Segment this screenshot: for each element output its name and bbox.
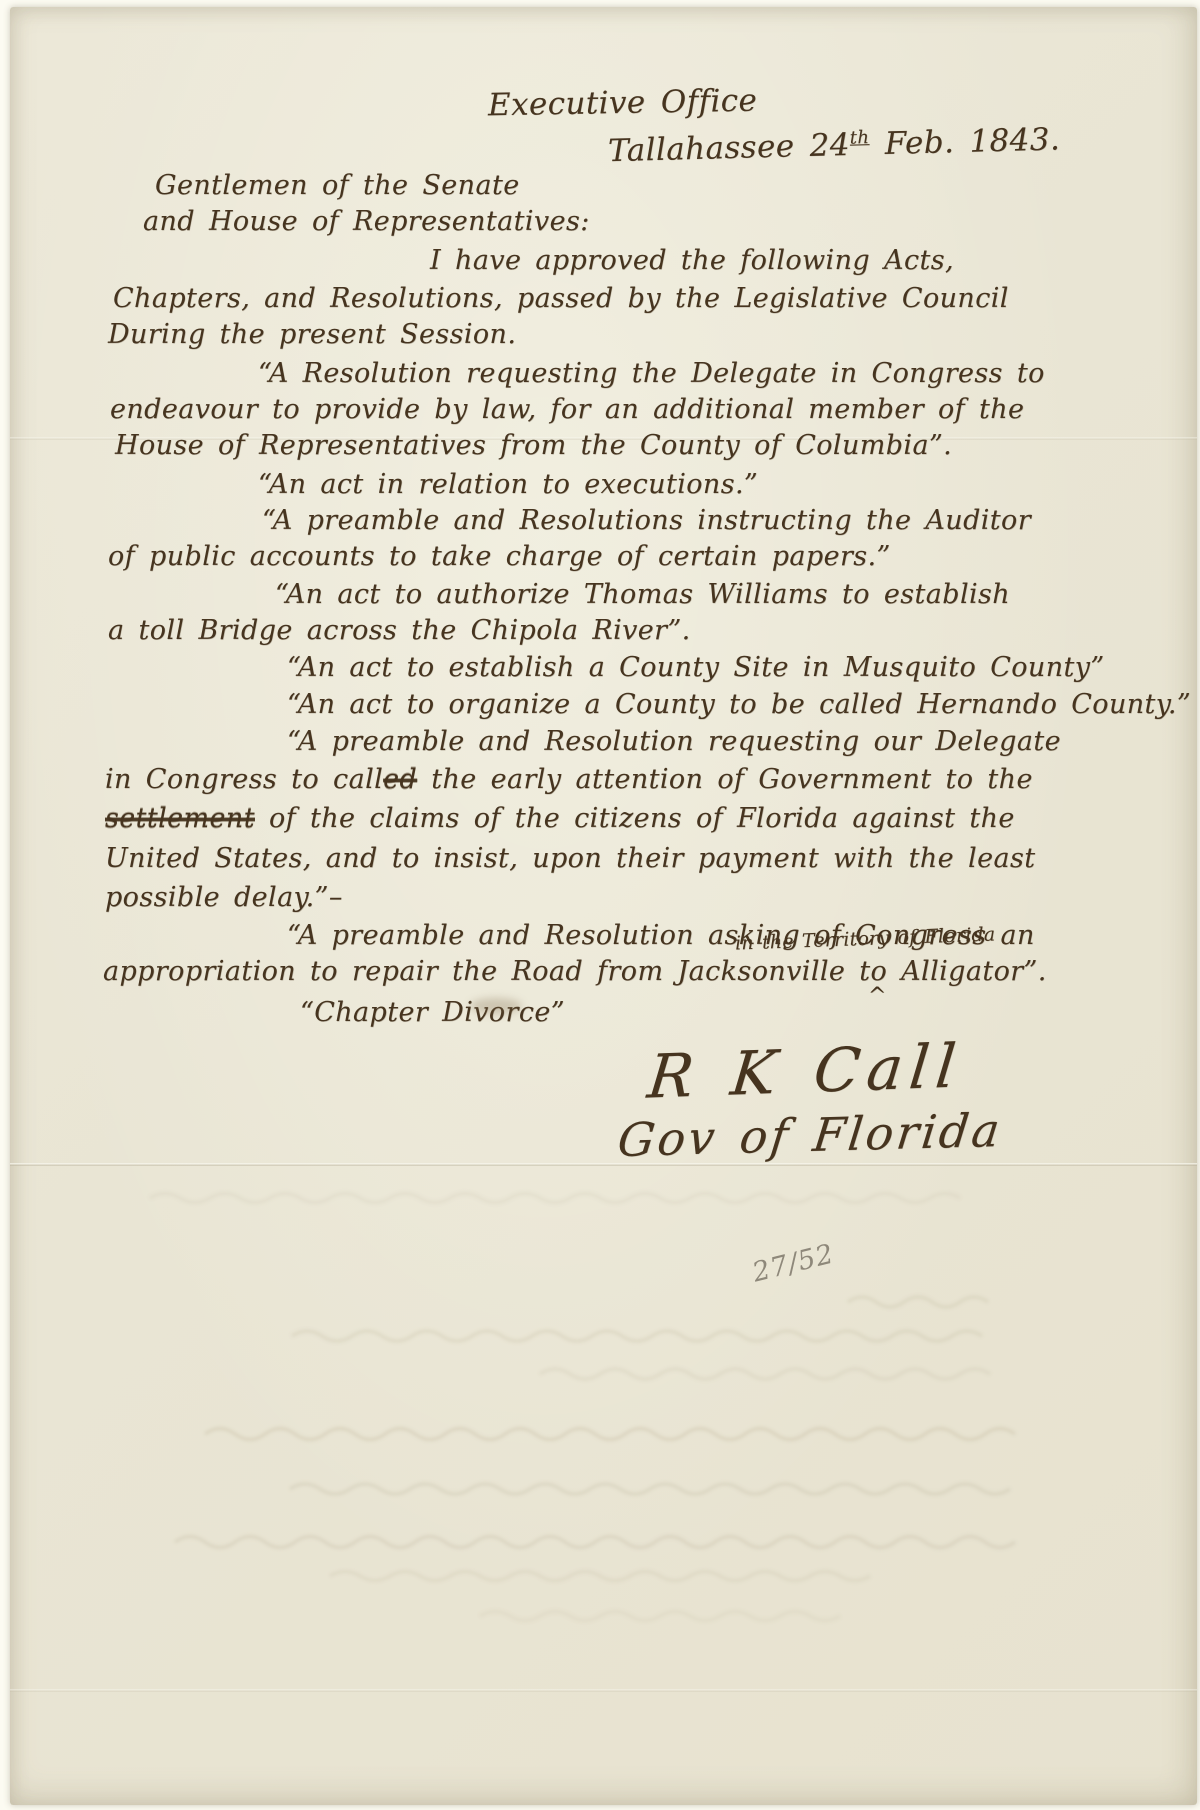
act-road-line-2: appropriation to repair the Road from Ja… [103,958,1047,985]
act-claims-line-1: “A preamble and Resolution requesting ou… [287,728,1061,755]
insertion-caret: ^ [868,986,887,1008]
act-auditor-line-1: “A preamble and Resolutions instructing … [262,507,1031,534]
act-claims-settlement-struck: settlement [105,803,255,834]
scanned-letter-page: Executive Office Tallahassee 24th Feb. 1… [0,0,1200,1810]
act-claims-line-4: United States, and to insist, upon their… [105,845,1035,872]
act-toll-bridge-line-1: “An act to authorize Thomas Williams to … [275,581,1010,608]
act-columbia-line-1: “A Resolution requesting the Delegate in… [258,360,1045,387]
ink-smudge [470,998,522,1014]
dateline-place-day: Tallahassee 24 [608,127,851,169]
act-claims-line-2-struck: ed [383,764,417,795]
heading-office: Executive Office [488,86,758,122]
signature-title: Gov of Florida [615,1107,1004,1163]
opening-line-2: Chapters, and Resolutions, passed by the… [113,285,1009,312]
act-road-line-2-end: Alligator”. [901,956,1047,987]
act-musquito-line-1: “An act to establish a County Site in Mu… [287,654,1105,681]
act-road-line-2-pre: appropriation to repair the Road from Ja… [103,956,901,987]
act-hernando-line-1: “An act to organize a County to be calle… [287,691,1191,718]
dateline-ordinal: th [849,127,869,149]
chapter-divorce-line: “Chapter Divorce” [300,999,565,1026]
act-toll-bridge-line-2: a toll Bridge across the Chipola River”. [108,617,691,644]
act-claims-line-2: in Congress to called the early attentio… [105,766,1033,793]
act-claims-line-3: settlement of the claims of the citizens… [105,805,1015,832]
act-claims-line-3-post: of the claims of the citizens of Florida… [255,803,1015,834]
opening-line-1: I have approved the following Acts, [430,247,954,274]
salutation-line-2: and House of Representatives: [143,208,590,235]
salutation-line-1: Gentlemen of the Senate [155,172,520,199]
act-columbia-line-2: endeavour to provide by law, for an addi… [110,396,1024,423]
opening-line-3: During the present Session. [108,321,516,348]
signature-name: R K Call [645,1036,965,1107]
act-claims-line-5: possible delay.”– [105,884,343,911]
fold-crease-middle [10,1163,1197,1166]
act-claims-line-2-post: the early attention of Government to the [417,764,1033,795]
fold-crease-bottom [10,1689,1197,1692]
act-executions-line-1: “An act in relation to executions.” [258,471,758,498]
act-auditor-line-2: of public accounts to take charge of cer… [108,543,891,570]
act-columbia-line-3: House of Representatives from the County… [115,432,952,459]
act-claims-line-2-pre: in Congress to call [105,764,383,795]
dateline-month-year: Feb. 1843. [869,121,1061,162]
